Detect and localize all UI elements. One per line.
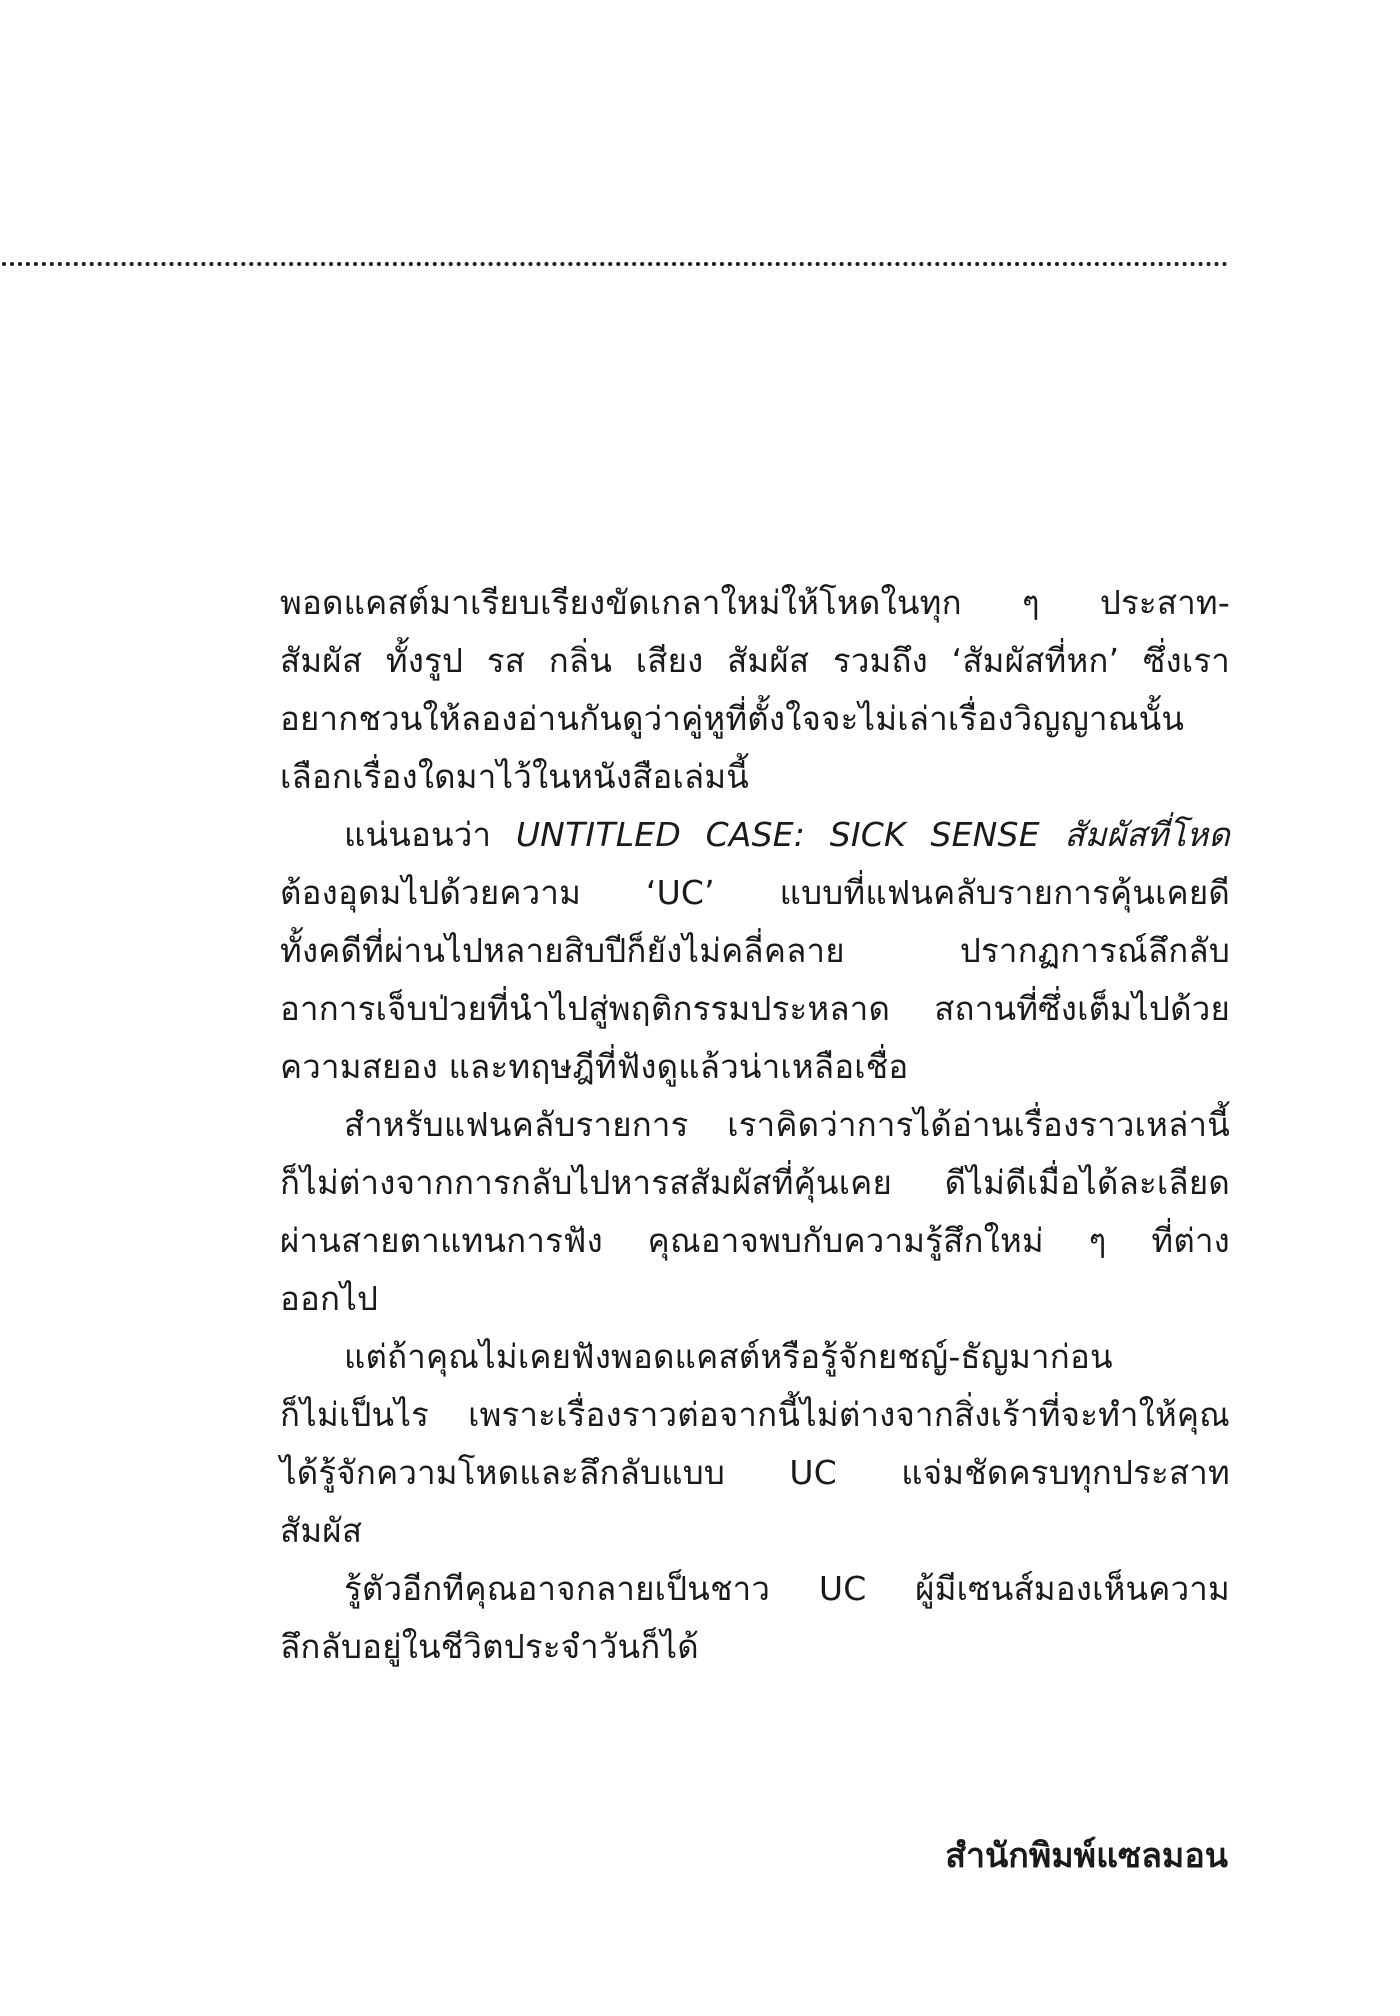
text-line: ออกไป (280, 1270, 1230, 1328)
text-line: ได้รู้จักความโหดและลึกลับแบบ UC แจ่มชัดค… (280, 1444, 1230, 1502)
text-line: รู้ตัวอีกทีคุณอาจกลายเป็นชาว UC ผู้มีเซน… (280, 1560, 1230, 1618)
text-line: ก็ไม่ต่างจากการกลับไปหารสสัมผัสที่คุ้นเค… (280, 1154, 1230, 1212)
text-line: สัมผัส ทั้งรูป รส กลิ่น เสียง สัมผัส รวม… (280, 632, 1230, 690)
text-line: พอดแคสต์มาเรียบเรียงขัดเกลาใหม่ให้โหดในท… (280, 574, 1230, 632)
text-line: อาการเจ็บป่วยที่นำไปสู่พฤติกรรมประหลาด ส… (280, 980, 1230, 1038)
book-title: UNTITLED CASE: SICK SENSE สัมผัสที่โหด (516, 815, 1230, 854)
text-line: อยากชวนให้ลองอ่านกันดูว่าคู่หูที่ตั้งใจจ… (280, 690, 1230, 748)
dotted-divider (2, 262, 1228, 266)
text-line: ลึกลับอยู่ในชีวิตประจำวันก็ได้ (280, 1618, 1230, 1676)
text-line: เลือกเรื่องใดมาไว้ในหนังสือเล่มนี้ (280, 748, 1230, 806)
text-line: ผ่านสายตาแทนการฟัง คุณอาจพบกับความรู้สึก… (280, 1212, 1230, 1270)
text-fragment: แน่นอนว่า (344, 815, 516, 854)
text-line: แน่นอนว่า UNTITLED CASE: SICK SENSE สัมผ… (280, 806, 1230, 864)
text-line: ความสยอง และทฤษฎีที่ฟังดูแล้วน่าเหลือเชื… (280, 1038, 1230, 1096)
text-line: ทั้งคดีที่ผ่านไปหลายสิบปีก็ยังไม่คลี่คลา… (280, 922, 1230, 980)
text-line: ก็ไม่เป็นไร เพราะเรื่องราวต่อจากนี้ไม่ต่… (280, 1386, 1230, 1444)
text-line: สัมผัส (280, 1502, 1230, 1560)
text-line: สำหรับแฟนคลับรายการ เราคิดว่าการได้อ่านเ… (280, 1096, 1230, 1154)
publisher-signature: สำนักพิมพ์แซลมอน (945, 1833, 1228, 1879)
text-line: แต่ถ้าคุณไม่เคยฟังพอดแคสต์หรือรู้จักยชญ์… (280, 1328, 1230, 1386)
body-text: พอดแคสต์มาเรียบเรียงขัดเกลาใหม่ให้โหดในท… (280, 574, 1230, 1676)
text-line: ต้องอุดมไปด้วยความ ‘UC’ แบบที่แฟนคลับราย… (280, 864, 1230, 922)
